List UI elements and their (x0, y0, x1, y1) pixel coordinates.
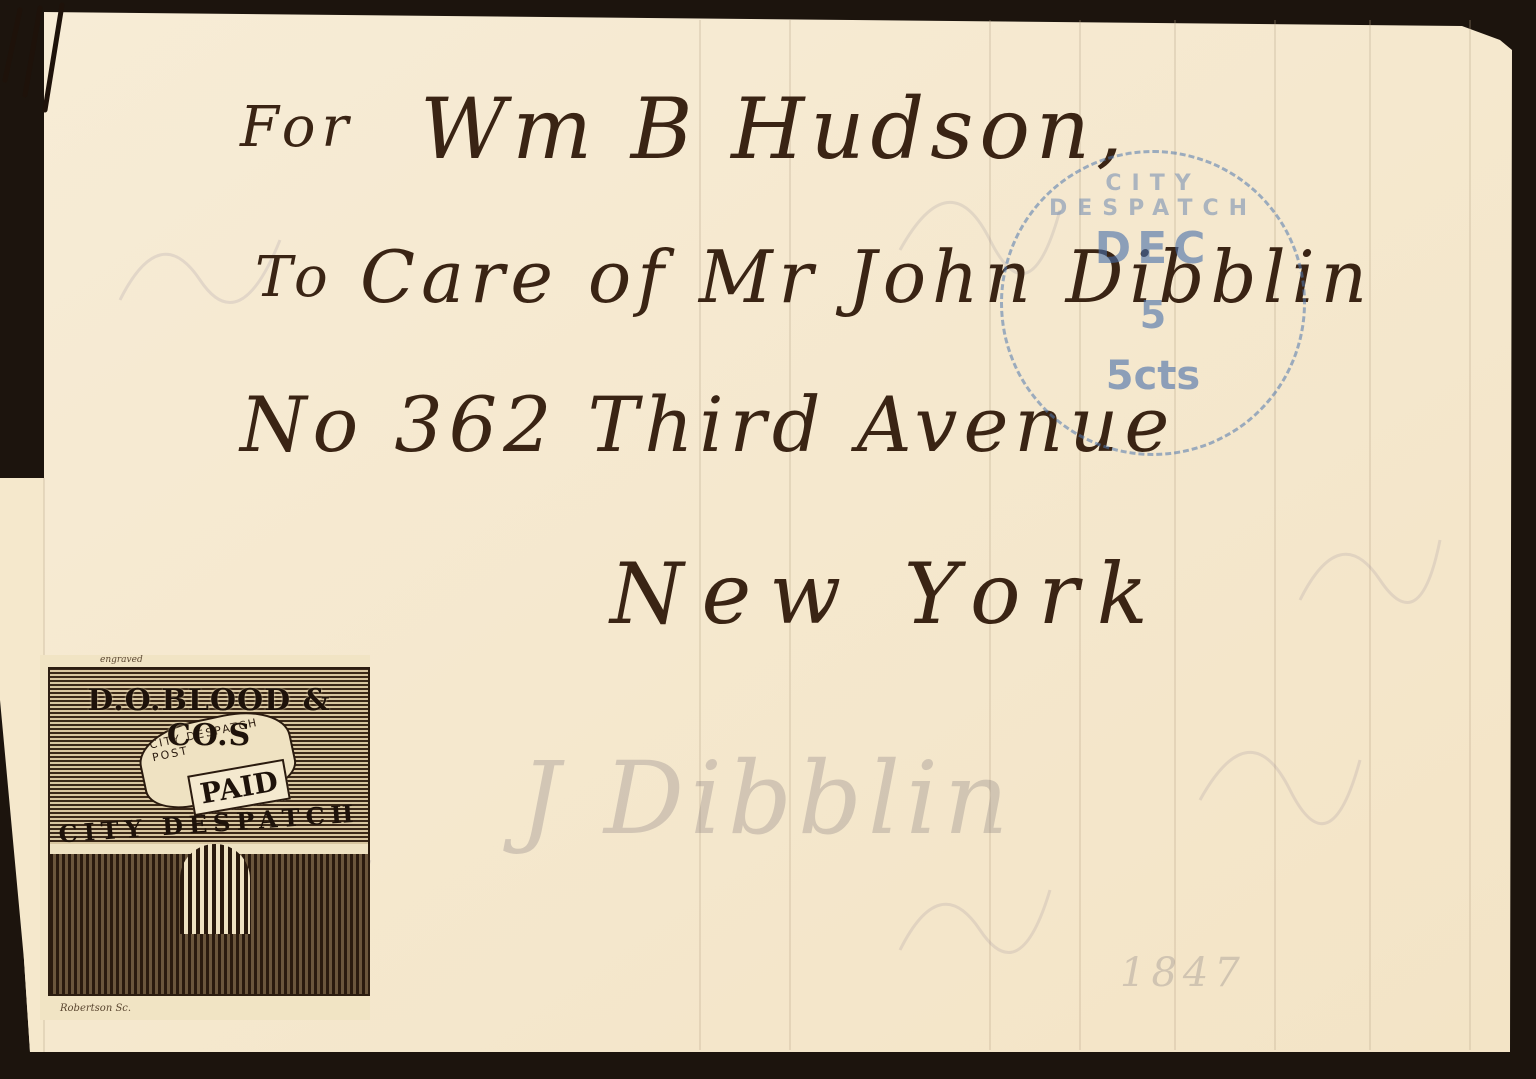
bleedthrough-year: 1847 (1120, 950, 1246, 996)
address-line2-prefix: To (255, 245, 334, 310)
postmark-month: DEC (1003, 223, 1303, 274)
postmark-day: 5 (1003, 293, 1303, 337)
stamp-dome-illustration (180, 844, 250, 934)
postmark-rate: 5cts (1003, 353, 1303, 399)
address-line4: New York (610, 545, 1166, 643)
stamp-printer-imprint: Robertson Sc. (60, 1003, 131, 1014)
stamp-title: D.O.BLOOD & CO.S (50, 683, 368, 753)
stamp-engraving: CITY DESPATCH POST D.O.BLOOD & CO.S PAID… (48, 667, 370, 996)
stamp: engraved CITY DESPATCH POST D.O.BLOOD & … (40, 655, 370, 1020)
address-line1-name: Wm B Hudson, (420, 80, 1129, 178)
postmark-arc-text: CITY DESPATCH (1003, 171, 1303, 221)
postmark: CITY DESPATCH DEC 5 5cts (1000, 150, 1306, 456)
address-line1-prefix: For (240, 95, 354, 160)
bleedthrough-signature: J Dibblin (520, 740, 1014, 857)
pen-cancel-icon (0, 0, 90, 120)
postal-cover: For Wm B Hudson, To Care of Mr John Dibb… (0, 0, 1536, 1079)
stamp-top-note: engraved (100, 655, 143, 665)
